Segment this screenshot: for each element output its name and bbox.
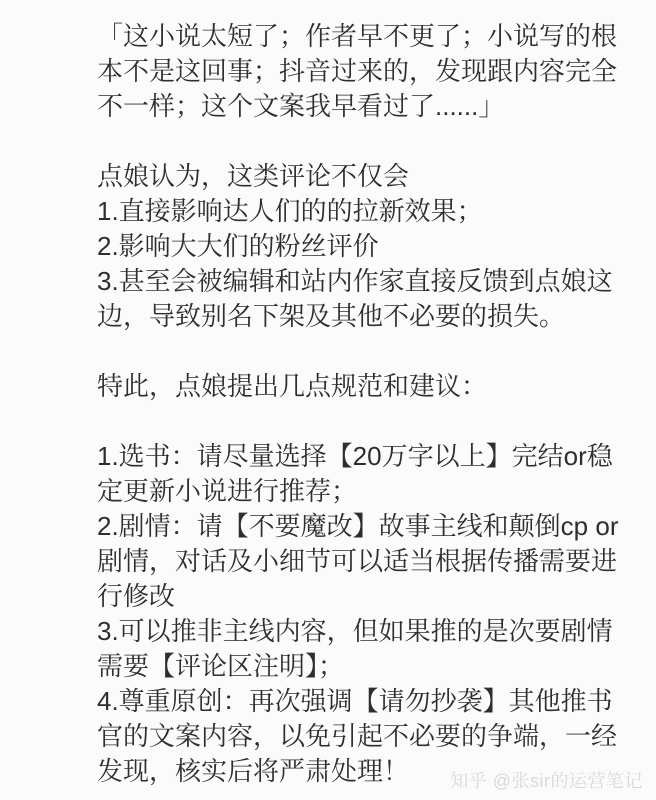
paragraph-notice-heading: 特此，点娘提出几点规范和建议：	[97, 369, 625, 404]
paragraph-impact-3: 3.甚至会被编辑和站内作家直接反馈到点娘这边，导致别名下架及其他不必要的损失。	[97, 264, 625, 334]
paragraph-reader-complaints-quote: 「这小说太短了；作者早不更了；小说写的根本不是这回事；抖音过来的，发现跟内容完全…	[97, 19, 625, 124]
document-body: 「这小说太短了；作者早不更了；小说写的根本不是这回事；抖音过来的，发现跟内容完全…	[97, 19, 625, 789]
paragraph-impact-1: 1.直接影响达人们的的拉新效果；	[97, 194, 625, 229]
paragraph-intro: 点娘认为，这类评论不仅会	[97, 159, 625, 194]
paragraph-rule-2: 2.剧情：请【不要魔改】故事主线和颠倒cp or剧情，对话及小细节可以适当根据传…	[97, 509, 625, 614]
paragraph-impact-2: 2.影响大大们的粉丝评价	[97, 229, 625, 264]
paragraph-rule-3: 3.可以推非主线内容，但如果推的是次要剧情需要【评论区注明】；	[97, 614, 625, 684]
paragraph-rule-1: 1.选书：请尽量选择【20万字以上】完结or稳定更新小说进行推荐；	[97, 439, 625, 509]
zhihu-watermark: 知乎 @张sir的运营笔记	[450, 770, 643, 792]
